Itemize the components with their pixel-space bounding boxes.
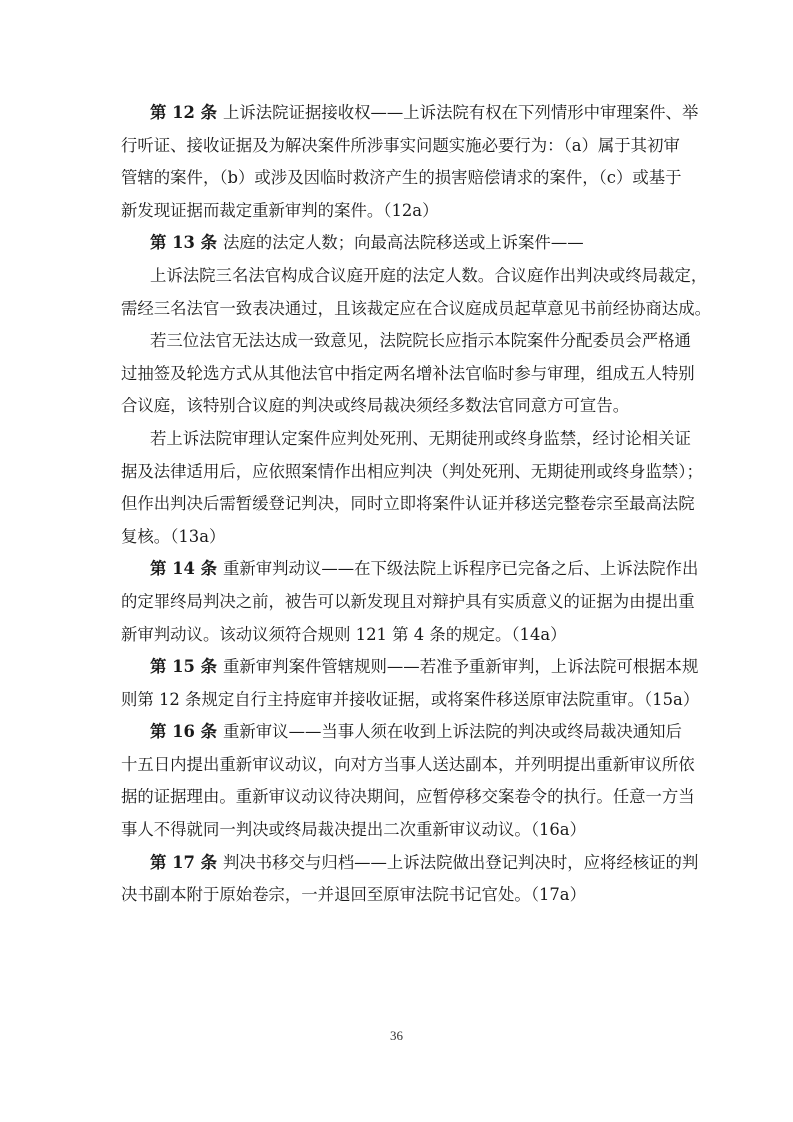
text-line: 十五日内提出重新审议动议，向对方当事人送达副本，并列明提出重新审议所依 [121, 749, 673, 782]
article-heading-line: 第 14 条重新审判动议——在下级法院上诉程序已完备之后、上诉法院作出 [121, 553, 673, 586]
article-heading-line: 第 12 条上诉法院证据接收权——上诉法院有权在下列情形中审理案件、举 [121, 97, 673, 130]
article-15: 第 15 条重新审判案件管辖规则——若准予重新审判，上诉法院可根据本规 则第 1… [121, 651, 673, 716]
document-body: 第 12 条上诉法院证据接收权——上诉法院有权在下列情形中审理案件、举 行听证、… [121, 97, 673, 912]
text-line: 事人不得就同一判决或终局裁决提出二次重新审议动议。（16a） [121, 814, 673, 847]
text-line: 管辖的案件，（b）或涉及因临时救济产生的损害赔偿请求的案件，（c）或基于 [121, 162, 673, 195]
text-line: 新审判动议。该动议须符合规则 121 第 4 条的规定。（14a） [121, 619, 673, 652]
article-heading-line: 第 17 条判决书移交与归档——上诉法院做出登记判决时，应将经核证的判 [121, 847, 673, 880]
article-16: 第 16 条重新审议——当事人须在收到上诉法院的判决或终局裁决通知后 十五日内提… [121, 716, 673, 846]
text-line: 新发现证据而裁定重新审判的案件。（12a） [121, 195, 673, 228]
article-number: 第 12 条 [150, 103, 217, 122]
article-13: 第 13 条法庭的法定人数；向最高法院移送或上诉案件—— 上诉法院三名法官构成合… [121, 227, 673, 553]
text-line: 据的证据理由。重新审议动议待决期间，应暂停移交案卷令的执行。任意一方当 [121, 781, 673, 814]
text-line: 需经三名法官一致表决通过，且该裁定应在合议庭成员起草意见书前经协商达成。 [121, 293, 673, 326]
text-line: 过抽签及轮选方式从其他法官中指定两名增补法官临时参与审理，组成五人特别 [121, 358, 673, 391]
text-line: 的定罪终局判决之前，被告可以新发现且对辩护具有实质意义的证据为由提出重 [121, 586, 673, 619]
article-heading-line: 第 16 条重新审议——当事人须在收到上诉法院的判决或终局裁决通知后 [121, 716, 673, 749]
article-number: 第 15 条 [150, 657, 217, 676]
article-12: 第 12 条上诉法院证据接收权——上诉法院有权在下列情形中审理案件、举 行听证、… [121, 97, 673, 227]
article-heading-line: 第 15 条重新审判案件管辖规则——若准予重新审判，上诉法院可根据本规 [121, 651, 673, 684]
article-17: 第 17 条判决书移交与归档——上诉法院做出登记判决时，应将经核证的判 决书副本… [121, 847, 673, 912]
text-line: 若上诉法院审理认定案件应判处死刑、无期徒刑或终身监禁，经讨论相关证 [121, 423, 673, 456]
text-line: 决书副本附于原始卷宗，一并退回至原审法院书记官处。（17a） [121, 879, 673, 912]
article-number: 第 17 条 [150, 853, 217, 872]
document-page: 第 12 条上诉法院证据接收权——上诉法院有权在下列情形中审理案件、举 行听证、… [0, 0, 793, 1122]
article-heading-line: 第 13 条法庭的法定人数；向最高法院移送或上诉案件—— [121, 227, 673, 260]
text-line: 复核。（13a） [121, 521, 673, 554]
text-line: 若三位法官无法达成一致意见，法院院长应指示本院案件分配委员会严格通 [121, 325, 673, 358]
text-line: 合议庭，该特别合议庭的判决或终局裁决须经多数法官同意方可宣告。 [121, 390, 673, 423]
page-number: 36 [0, 1028, 793, 1044]
text-line: 据及法律适用后，应依照案情作出相应判决（判处死刑、无期徒刑或终身监禁）； [121, 456, 673, 489]
text-line: 但作出判决后需暂缓登记判决，同时立即将案件认证并移送完整卷宗至最高法院 [121, 488, 673, 521]
article-14: 第 14 条重新审判动议——在下级法院上诉程序已完备之后、上诉法院作出 的定罪终… [121, 553, 673, 651]
article-number: 第 16 条 [150, 722, 217, 741]
article-number: 第 13 条 [150, 233, 217, 252]
text-line: 则第 12 条规定自行主持庭审并接收证据，或将案件移送原审法院重审。（15a） [121, 684, 673, 717]
text-line: 行听证、接收证据及为解决案件所涉事实问题实施必要行为：（a）属于其初审 [121, 130, 673, 163]
text-line: 上诉法院三名法官构成合议庭开庭的法定人数。合议庭作出判决或终局裁定， [121, 260, 673, 293]
article-number: 第 14 条 [150, 559, 217, 578]
